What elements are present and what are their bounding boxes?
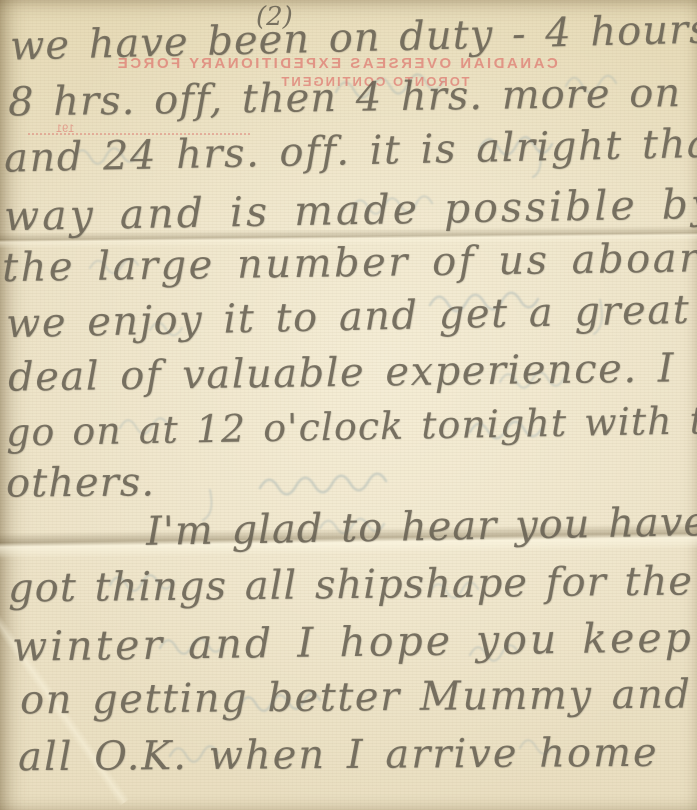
handwritten-line: I'm glad to hear you have <box>146 499 697 555</box>
handwritten-line: we enjoy it to and get a great <box>6 287 691 347</box>
handwritten-line: winter and I hope you keep <box>12 613 694 671</box>
handwritten-line: deal of valuable experience. I <box>8 345 676 400</box>
handwritten-line: got things all shipshape for the <box>8 558 693 611</box>
handwritten-line: go on at 12 o'clock tonight with two <box>6 397 697 454</box>
handwritten-line: way and is made possible by <box>4 180 697 240</box>
handwritten-line: others. <box>6 459 155 506</box>
letter-page: CANADIAN OVERSEAS EXPEDITIONARY FORCE TO… <box>0 0 697 810</box>
handwritten-line: on getting better Mummy and are <box>20 671 697 724</box>
handwritten-line: the large number of us aboard <box>2 235 697 291</box>
handwritten-line: all O.K. when I arrive home <box>18 730 659 780</box>
